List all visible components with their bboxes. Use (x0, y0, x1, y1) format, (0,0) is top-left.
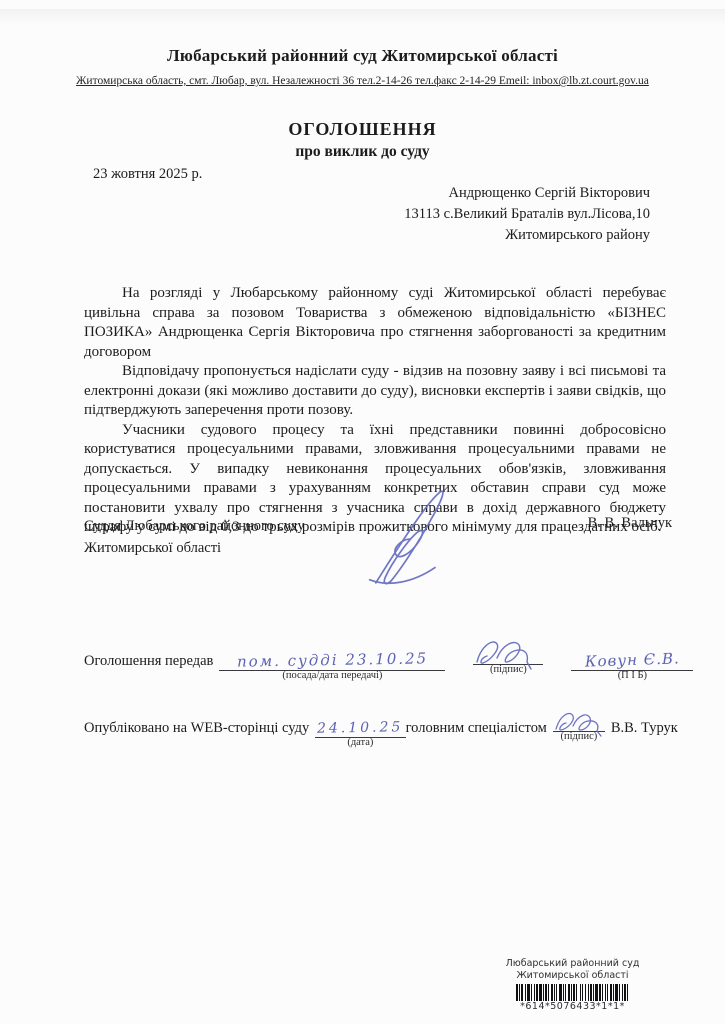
transfer-signature-field: (підпис) (473, 648, 543, 665)
addressee-name: Андрющенко Сергій Вікторович (404, 183, 650, 204)
addressee-street: 13113 с.Великий Браталів вул.Лісова,10 (404, 204, 650, 225)
transfer-row: Оголошення передавпом. судді 23.10.25(по… (84, 648, 693, 671)
addressee-block: Андрющенко Сергій Вікторович 13113 с.Вел… (404, 183, 650, 246)
handwritten-position-date: пом. судді 23.10.25 (233, 649, 432, 671)
court-contact-line: Житомирська область, смт. Любар, вул. Не… (0, 75, 725, 87)
stamp-court-line2: Житомирської області (440, 970, 705, 982)
judge-title-block: Суддя Любарського районного суду Житомир… (84, 515, 305, 559)
addressee-district: Житомирського району (404, 225, 650, 246)
document-subtitle: про виклик до суду (0, 143, 725, 161)
document-date: 23 жовтня 2025 р. (93, 166, 202, 183)
scan-artifact-band (0, 9, 725, 25)
transfer-label: Оголошення передав (84, 653, 213, 669)
publication-label: Опубліковано на WEB-сторінці суду (84, 720, 309, 736)
paragraph-case-info: На розгляді у Любарському районному суді… (84, 284, 666, 362)
barcode-code-text: *614*5076433*1*1* (440, 1001, 705, 1013)
judge-title-line1: Суддя Любарського районного суду (84, 515, 305, 537)
barcode-image (454, 984, 692, 1001)
judge-name: В. В. Вальчук (588, 515, 672, 532)
judge-signature (358, 488, 463, 590)
handwritten-publication-date: 24.10.25 (315, 719, 406, 738)
publication-role: головним спеціалістом (406, 720, 547, 736)
court-name-heading: Любарський районний суд Житомирської обл… (0, 46, 725, 66)
publication-signature-field: (підпис) (553, 716, 605, 732)
transfer-position-field: пом. судді 23.10.25(посада/дата передачі… (219, 651, 445, 671)
judge-title-line2: Житомирської області (84, 537, 305, 559)
publication-date-field: 24.10.25(дата) (315, 720, 405, 738)
stamp-court-line1: Любарський районний суд (440, 958, 705, 970)
paragraph-respondent-instruction: Відповідачу пропонується надіслати суду … (84, 362, 666, 421)
publication-sign-caption: (підпис) (533, 731, 625, 742)
transfer-name-caption: (П І Б) (551, 670, 713, 681)
scanned-court-announcement: Любарський районний суд Житомирської обл… (0, 0, 725, 1024)
transfer-name-field: Ковун Є.В.(П І Б) (571, 651, 693, 671)
transfer-position-caption: (посада/дата передачі) (199, 670, 465, 681)
document-title: ОГОЛОШЕННЯ (0, 119, 725, 140)
publication-date-caption: (дата) (295, 737, 425, 748)
publication-row: Опубліковано на WEB-сторінці суду24.10.2… (84, 716, 678, 738)
handwritten-transfer-name: Ковун Є.В. (581, 649, 684, 672)
transfer-sign-caption: (підпис) (453, 664, 563, 675)
court-barcode-stamp: Любарський районний суд Житомирської обл… (440, 958, 705, 1013)
